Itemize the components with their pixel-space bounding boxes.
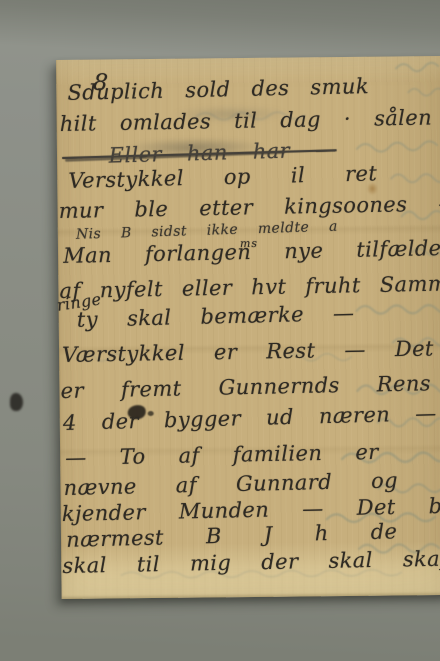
manuscript-paper: 8 Sduplich sold des smuk hilt omlades ti… — [56, 56, 440, 599]
handwritten-line: er fremt Gunnernds Rens — [60, 371, 431, 403]
superscript-note: ms — [240, 237, 258, 250]
handwritten-line: — To af familien er — [65, 440, 379, 470]
handwritten-line: ty skal bemærke — — [77, 301, 355, 332]
handwritten-line: Sduplich sold des smuk — [67, 74, 369, 105]
handwritten-line: 4 der bygger ud næren — — [63, 401, 437, 435]
edge-ink-blot — [10, 393, 23, 411]
handwritten-line: Værstykkel er Rest — Det — [62, 336, 434, 366]
handwritten-line: hilt omlades til dag · sålen — [60, 105, 433, 135]
handwritten-line: af nyfelt eller hvt fruht Samme — [59, 271, 440, 303]
handwritten-line: mur ble etter kingsoones — — [58, 191, 440, 223]
photo-background: 8 Sduplich sold des smuk hilt omlades ti… — [0, 0, 440, 661]
handwritten-line: skal til mig der skal skaffe — [62, 546, 440, 578]
